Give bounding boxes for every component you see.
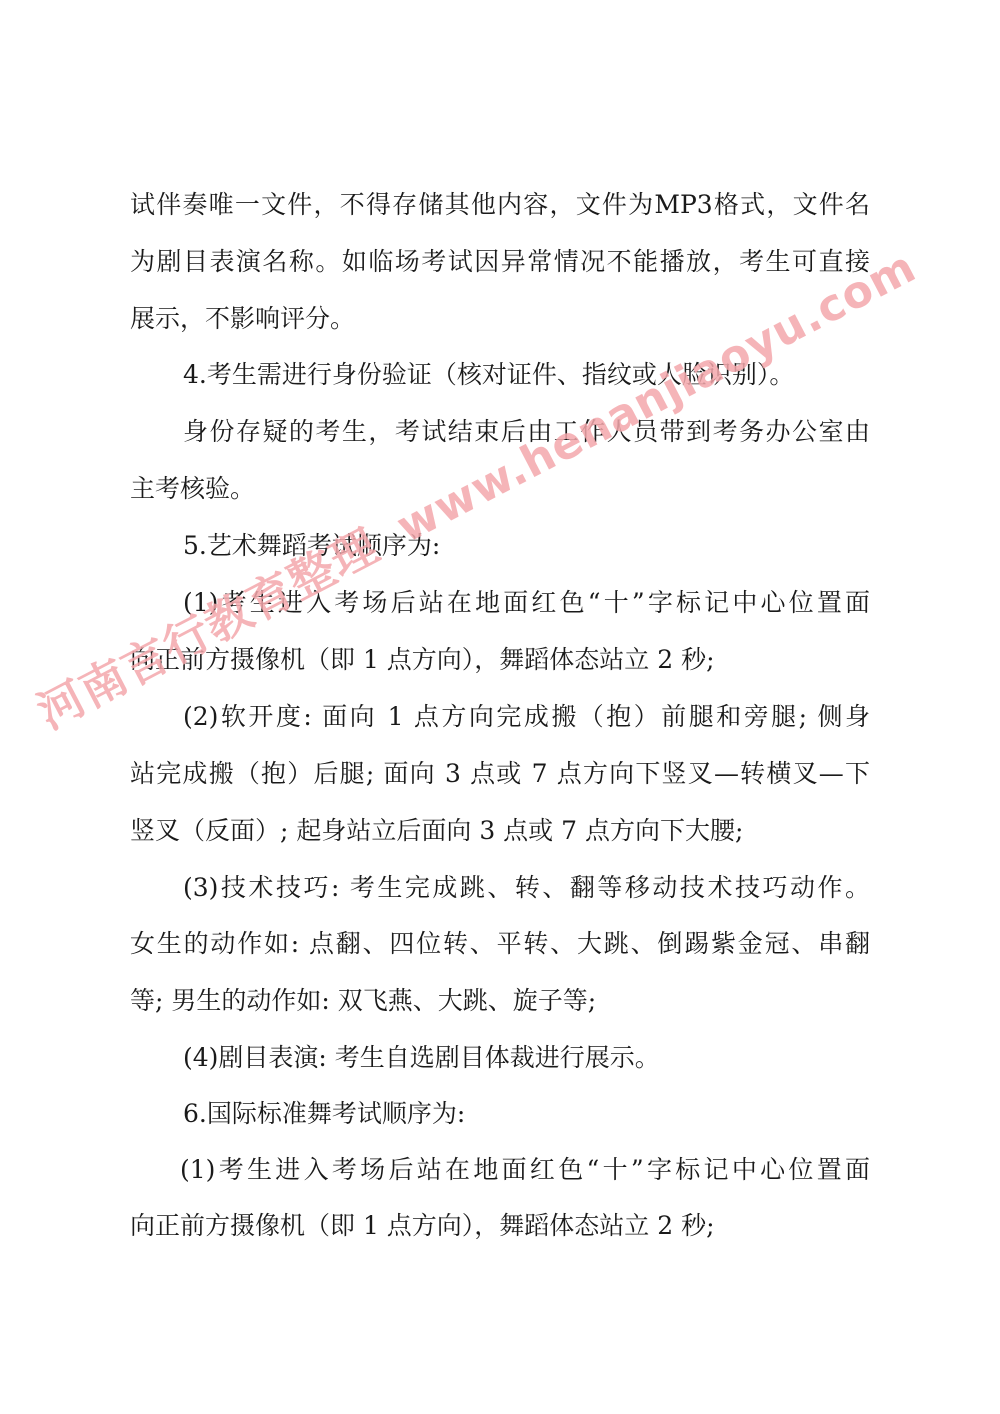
section-heading-5: 5.艺术舞蹈考试顺序为: (183, 526, 870, 566)
paragraph-line: 站完成搬（抱）后腿; 面向 3 点或 7 点方向下竖叉—转横叉—下 (130, 754, 870, 794)
paragraph-line: 等; 男生的动作如: 双飞燕、大跳、旋子等; (130, 981, 870, 1021)
paragraph-line: 主考核验。 (130, 469, 870, 509)
paragraph-line: 向正前方摄像机（即 1 点方向），舞蹈体态站立 2 秒; (130, 1206, 870, 1246)
list-item-5-3: (3)技术技巧: 考生完成跳、转、翻等移动技术技巧动作。 (183, 868, 870, 908)
paragraph-line: 竖叉（反面）; 起身站立后面向 3 点或 7 点方向下大腰; (130, 811, 870, 851)
paragraph-line: 女生的动作如: 点翻、四位转、平转、大跳、倒踢紫金冠、串翻 (130, 924, 870, 964)
list-item-5-2: (2)软开度: 面向 1 点方向完成搬（抱）前腿和旁腿; 侧身 (183, 697, 870, 737)
paragraph-item-4: 4.考生需进行身份验证（核对证件、指纹或人脸识别）。 (183, 355, 870, 395)
paragraph-line: 身份存疑的考生，考试结束后由工作人员带到考务办公室由 (183, 412, 870, 452)
list-item-6-1: (1)考生进入考场后站在地面红色“十”字标记中心位置面 (180, 1150, 870, 1190)
paragraph-line: 向正前方摄像机（即 1 点方向），舞蹈体态站立 2 秒; (130, 640, 870, 680)
list-item-5-1: (1)考生进入考场后站在地面红色“十”字标记中心位置面 (183, 583, 870, 623)
paragraph-line: 展示，不影响评分。 (130, 299, 870, 339)
section-heading-6: 6.国际标准舞考试顺序为: (183, 1094, 870, 1134)
document-page: 试伴奏唯一文件，不得存储其他内容，文件为MP3格式，文件名 为剧目表演名称。如临… (0, 0, 1000, 1414)
paragraph-line: 为剧目表演名称。如临场考试因异常情况不能播放，考生可直接 (130, 242, 870, 282)
list-item-5-4: (4)剧目表演: 考生自选剧目体裁进行展示。 (183, 1038, 870, 1078)
paragraph-line: 试伴奏唯一文件，不得存储其他内容，文件为MP3格式，文件名 (130, 185, 870, 225)
